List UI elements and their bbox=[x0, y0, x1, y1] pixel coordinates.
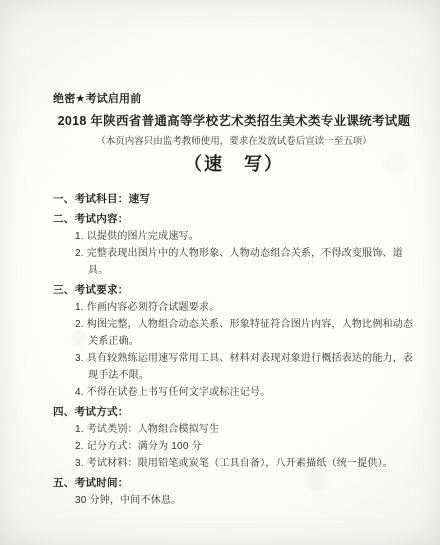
exam-item: 1. 考试类别：人物组合模拟写生 bbox=[75, 421, 415, 438]
exam-item: 2. 记分方式：满分为 100 分 bbox=[75, 438, 415, 455]
section-exam-method: 四、考试方式： 1. 考试类别：人物组合模拟写生 2. 记分方式：满分为 100… bbox=[53, 404, 415, 472]
exam-item: 3. 考试材料：限用铅笔或炭笔（工具自备），八开素描纸（统一提供）。 bbox=[75, 455, 415, 472]
section-heading: 四、考试方式： bbox=[53, 404, 415, 421]
section-heading: 二、考试内容： bbox=[53, 211, 415, 228]
exam-title: 2018 年陕西省普通高等学校艺术类招生美术类专业课统考试题 bbox=[53, 112, 415, 131]
exam-item: 1. 以提供的图片完成速写。 bbox=[75, 228, 415, 245]
exam-item: 2. 构图完整，人物组合动态关系、形象特征符合图片内容，人物比例和动态关系正确。 bbox=[75, 316, 415, 350]
section-exam-time: 五、考试时间： 30 分钟，中间不休息。 bbox=[53, 475, 415, 509]
secret-classification-label: 绝密★考试启用前 bbox=[53, 91, 415, 108]
section-heading: 三、考试要求： bbox=[53, 282, 415, 299]
section-exam-subject: 一、考试科目：速写 bbox=[53, 191, 415, 208]
section-exam-content: 二、考试内容： 1. 以提供的图片完成速写。 2. 完整表现出图片中的人物形象、… bbox=[53, 211, 415, 279]
exam-sections: 一、考试科目：速写 二、考试内容： 1. 以提供的图片完成速写。 2. 完整表现… bbox=[53, 191, 415, 509]
section-heading: 五、考试时间： bbox=[53, 475, 415, 492]
exam-item: 2. 完整表现出图片中的人物形象、人物动态组合关系，不得改变服饰、道具。 bbox=[75, 245, 415, 279]
exam-item: 3. 具有较熟练运用速写常用工具、材料对表现对象进行概括表达的能力，表现手法不限… bbox=[75, 350, 415, 384]
subject-title: （速 写） bbox=[53, 151, 415, 177]
exam-item: 4. 不得在试卷上书写任何文字或标注记号。 bbox=[75, 384, 415, 401]
exam-paper-page: 绝密★考试启用前 2018 年陕西省普通高等学校艺术类招生美术类专业课统考试题 … bbox=[0, 0, 440, 545]
section-exam-requirements: 三、考试要求： 1. 作画内容必须符合试题要求。 2. 构图完整，人物组合动态关… bbox=[53, 282, 415, 401]
section-heading: 一、考试科目：速写 bbox=[53, 191, 415, 208]
invigilator-notice: （本页内容只由监考教师使用，要求在发放试卷后宣读一至五项） bbox=[53, 134, 415, 150]
exam-item: 30 分钟，中间不休息。 bbox=[75, 492, 415, 509]
exam-item: 1. 作画内容必须符合试题要求。 bbox=[75, 299, 415, 316]
